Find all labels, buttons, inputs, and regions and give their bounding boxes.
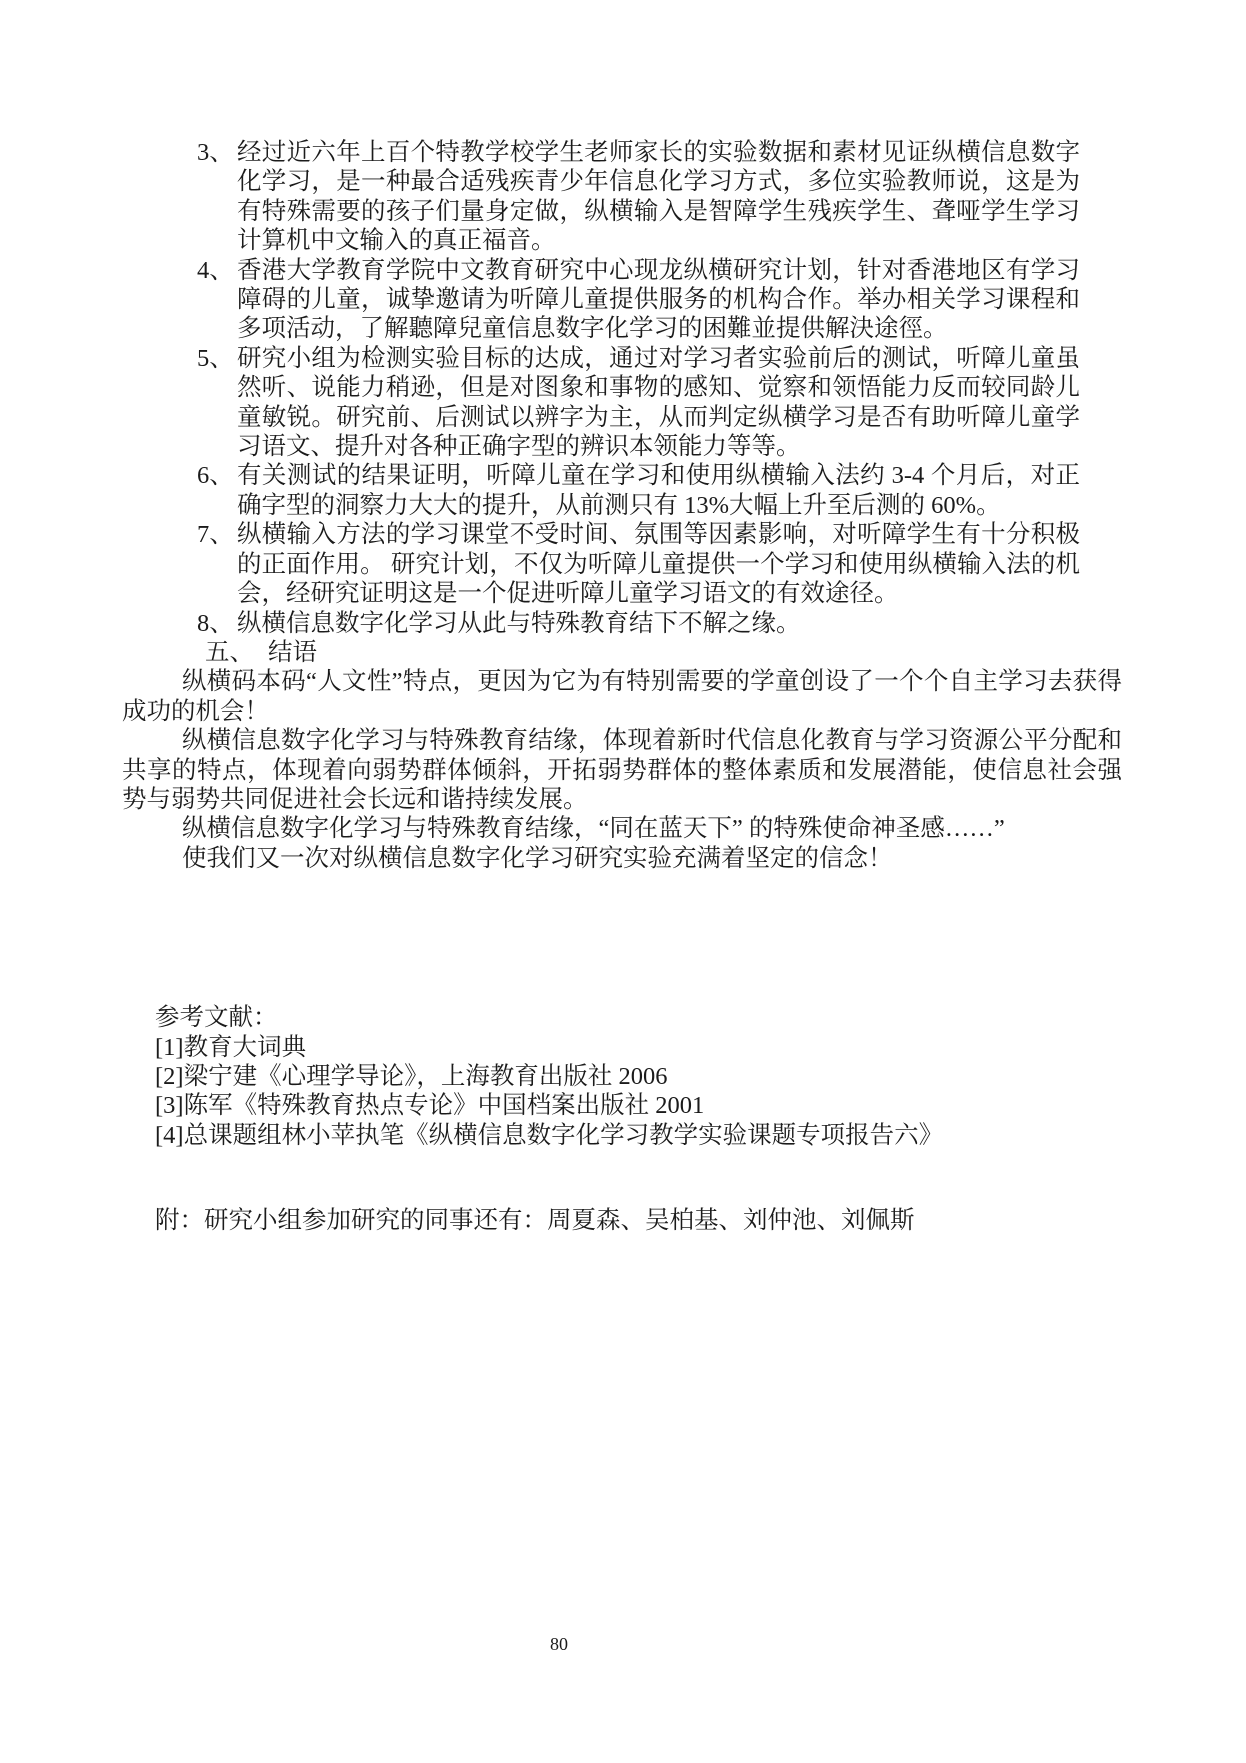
list-item: 7、 纵横输入方法的学习课堂不受时间、氛围等因素影响，对听障学生有十分积极的正面… <box>197 520 1080 608</box>
list-item-text: 经过近六年上百个特教学校学生老师家长的实验数据和素材见证纵横信息数字化学习，是一… <box>237 138 1080 256</box>
section-title: 结语 <box>268 639 317 666</box>
page-content: 3、 经过近六年上百个特教学校学生老师家长的实验数据和素材见证纵横信息数字化学习… <box>122 138 1122 1236</box>
conclusion-paragraph: 使我们又一次对纵横信息数字化学习研究实验充满着坚定的信念！ <box>122 844 1122 873</box>
list-item-number: 6、 <box>197 461 237 520</box>
list-item-text: 纵横信息数字化学习从此与特殊教育结下不解之缘。 <box>237 609 1080 638</box>
conclusion-paragraph: 纵横信息数字化学习与特殊教育结缘，“同在蓝天下” 的特殊使命神圣感……” <box>122 814 1122 843</box>
list-item-number: 7、 <box>197 520 237 608</box>
list-item-text: 研究小组为检测实验目标的达成，通过对学习者实验前后的测试，听障儿童虽然听、说能力… <box>237 344 1080 462</box>
list-item-text: 纵横输入方法的学习课堂不受时间、氛围等因素影响，对听障学生有十分积极的正面作用。… <box>237 520 1080 608</box>
references-heading: 参考文献： <box>155 1003 1122 1032</box>
list-item-number: 8、 <box>197 609 237 638</box>
list-item: 3、 经过近六年上百个特教学校学生老师家长的实验数据和素材见证纵横信息数字化学习… <box>197 138 1080 256</box>
list-item-number: 3、 <box>197 138 237 256</box>
reference-entry: [1]教育大词典 <box>155 1033 1122 1062</box>
section-heading: 五、结语 <box>205 638 1122 667</box>
list-item-text: 香港大学教育学院中文教育研究中心现龙纵横研究计划，针对香港地区有学习障碍的儿童，… <box>237 256 1080 344</box>
conclusion-paragraph: 纵横码本码“人文性”特点，更因为它为有特别需要的学童创设了一个个自主学习去获得成… <box>122 667 1122 726</box>
numbered-list: 3、 经过近六年上百个特教学校学生老师家长的实验数据和素材见证纵横信息数字化学习… <box>197 138 1080 638</box>
document-page: 3、 经过近六年上百个特教学校学生老师家长的实验数据和素材见证纵横信息数字化学习… <box>0 0 1246 1763</box>
list-item-text: 有关测试的结果证明，听障儿童在学习和使用纵横输入法约 3-4 个月后，对正确字型… <box>237 461 1080 520</box>
list-item: 8、 纵横信息数字化学习从此与特殊教育结下不解之缘。 <box>197 609 1080 638</box>
list-item-number: 5、 <box>197 344 237 462</box>
list-item: 6、 有关测试的结果证明，听障儿童在学习和使用纵横输入法约 3-4 个月后，对正… <box>197 461 1080 520</box>
reference-entry: [4]总课题组林小苹执笔《纵横信息数字化学习教学实验课题专项报告六》 <box>155 1121 1122 1150</box>
appendix-note: 附：研究小组参加研究的同事还有：周夏森、吴柏基、刘仲池、刘佩斯 <box>155 1206 1122 1235</box>
reference-entry: [2]梁宁建《心理学导论》，上海教育出版社 2006 <box>155 1062 1122 1091</box>
page-number: 80 <box>509 1634 609 1655</box>
references-section: 参考文献： [1]教育大词典 [2]梁宁建《心理学导论》，上海教育出版社 200… <box>155 1003 1122 1150</box>
section-number: 五、 <box>205 638 268 667</box>
list-item-number: 4、 <box>197 256 237 344</box>
conclusion-paragraph: 纵横信息数字化学习与特殊教育结缘，体现着新时代信息化教育与学习资源公平分配和共享… <box>122 726 1122 814</box>
list-item: 5、 研究小组为检测实验目标的达成，通过对学习者实验前后的测试，听障儿童虽然听、… <box>197 344 1080 462</box>
list-item: 4、 香港大学教育学院中文教育研究中心现龙纵横研究计划，针对香港地区有学习障碍的… <box>197 256 1080 344</box>
reference-entry: [3]陈军《特殊教育热点专论》中国档案出版社 2001 <box>155 1091 1122 1120</box>
